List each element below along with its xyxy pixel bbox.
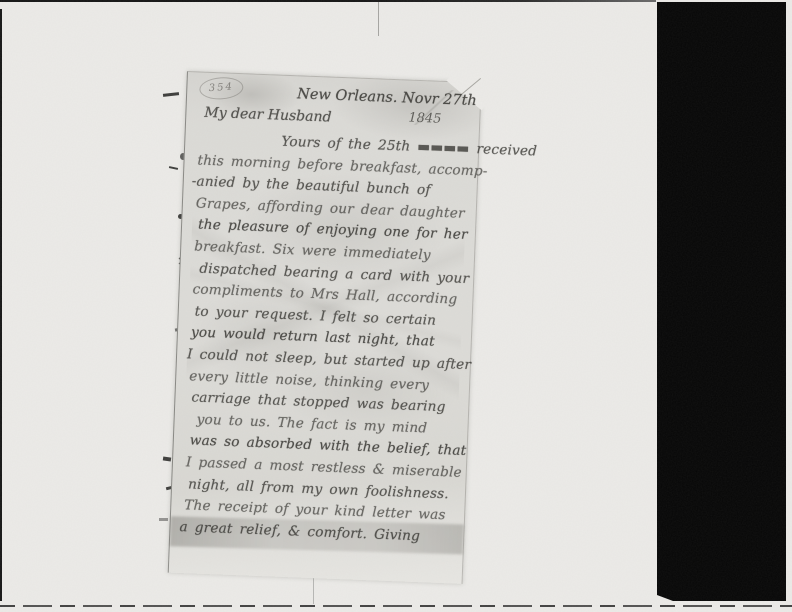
scanned-letter-page: 354 New Orleans. Novr 27th My dear Husba… — [0, 0, 792, 612]
letter-text-block: New Orleans. Novr 27th My dear Husband 1… — [176, 82, 478, 549]
film-left-border — [0, 9, 2, 601]
letter-salutation: My dear Husband — [204, 105, 332, 126]
margin-ink-mark — [169, 166, 178, 170]
margin-ink-mark — [159, 518, 168, 521]
film-scratch-top — [378, 2, 379, 36]
letter-body: Yours of the 25th ▬▬▬▬ received this mor… — [176, 128, 477, 549]
film-edge-bar — [657, 2, 786, 601]
margin-ink-mark — [163, 456, 171, 461]
letter-paper: 354 New Orleans. Novr 27th My dear Husba… — [168, 71, 482, 584]
film-bottom-perforation — [0, 605, 792, 607]
margin-ink-mark — [163, 92, 179, 97]
letter-year: 1845 — [408, 111, 442, 127]
film-top-border — [0, 0, 656, 2]
